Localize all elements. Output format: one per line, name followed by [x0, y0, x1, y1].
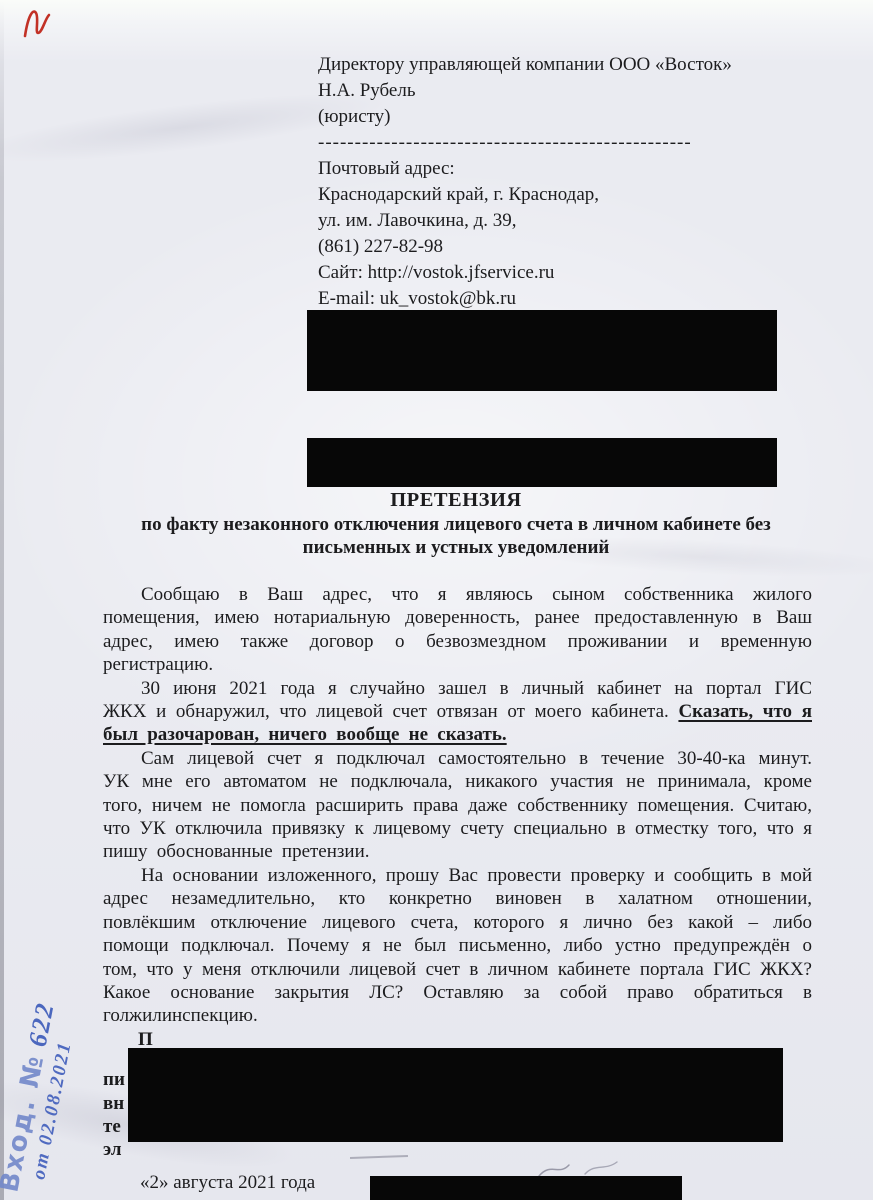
paragraph-2: 30 июня 2021 года я случайно зашел в лич… — [103, 677, 812, 747]
redacted-line-fragment: пи — [103, 1070, 125, 1090]
paragraph-4: На основании изложенного, прошу Вас пров… — [103, 864, 812, 1028]
document-subtitle: по факту незаконного отключения лицевого… — [100, 514, 812, 559]
email-line: E-mail: uk_vostok@bk.ru — [318, 286, 793, 312]
postal-label: Почтовый адрес: — [318, 156, 793, 182]
redaction-box — [307, 310, 777, 391]
letter-body: Сообщаю в Ваш адрес, что я являюсь сыном… — [103, 583, 812, 1028]
recipient-name: Н.А. Рубель — [318, 78, 793, 104]
redacted-line-fragment: те — [103, 1117, 121, 1137]
website-line: Сайт: http://vostok.jfservice.ru — [318, 260, 793, 286]
title-block: ПРЕТЕНЗИЯ по факту незаконного отключени… — [100, 489, 812, 559]
paragraph-3: Сам лицевой счет я подключал самостоятел… — [103, 747, 812, 864]
redaction-box — [128, 1048, 783, 1142]
paragraph-1: Сообщаю в Ваш адрес, что я являюсь сыном… — [103, 583, 812, 677]
redaction-box — [307, 438, 777, 487]
dashed-separator: ----------------------------------------… — [318, 130, 690, 156]
redacted-paragraph-lead: П — [138, 1030, 153, 1050]
address-street: ул. им. Лавочкина, д. 39, — [318, 208, 793, 234]
recipient-line: Директору управляющей компании ООО «Вост… — [318, 52, 793, 78]
redacted-line-fragment: эл — [103, 1140, 122, 1160]
redacted-line-fragment: вн — [103, 1094, 124, 1114]
address-region: Краснодарский край, г. Краснодар, — [318, 182, 793, 208]
scan-edge-shadow — [0, 0, 4, 1200]
date-line: «2» августа 2021 года — [140, 1172, 315, 1194]
incoming-registration-stamp: Вход. № 622 от 02.08.2021 — [0, 926, 98, 1199]
red-pen-mark-icon — [20, 2, 56, 50]
scanned-letter-page: Директору управляющей компании ООО «Вост… — [0, 0, 873, 1200]
document-title: ПРЕТЕНЗИЯ — [100, 489, 812, 512]
recipient-block: Директору управляющей компании ООО «Вост… — [318, 52, 793, 312]
redaction-box — [370, 1176, 682, 1200]
faint-pen-line — [350, 1155, 408, 1159]
phone-line: (861) 227-82-98 — [318, 234, 793, 260]
recipient-role: (юристу) — [318, 104, 793, 130]
